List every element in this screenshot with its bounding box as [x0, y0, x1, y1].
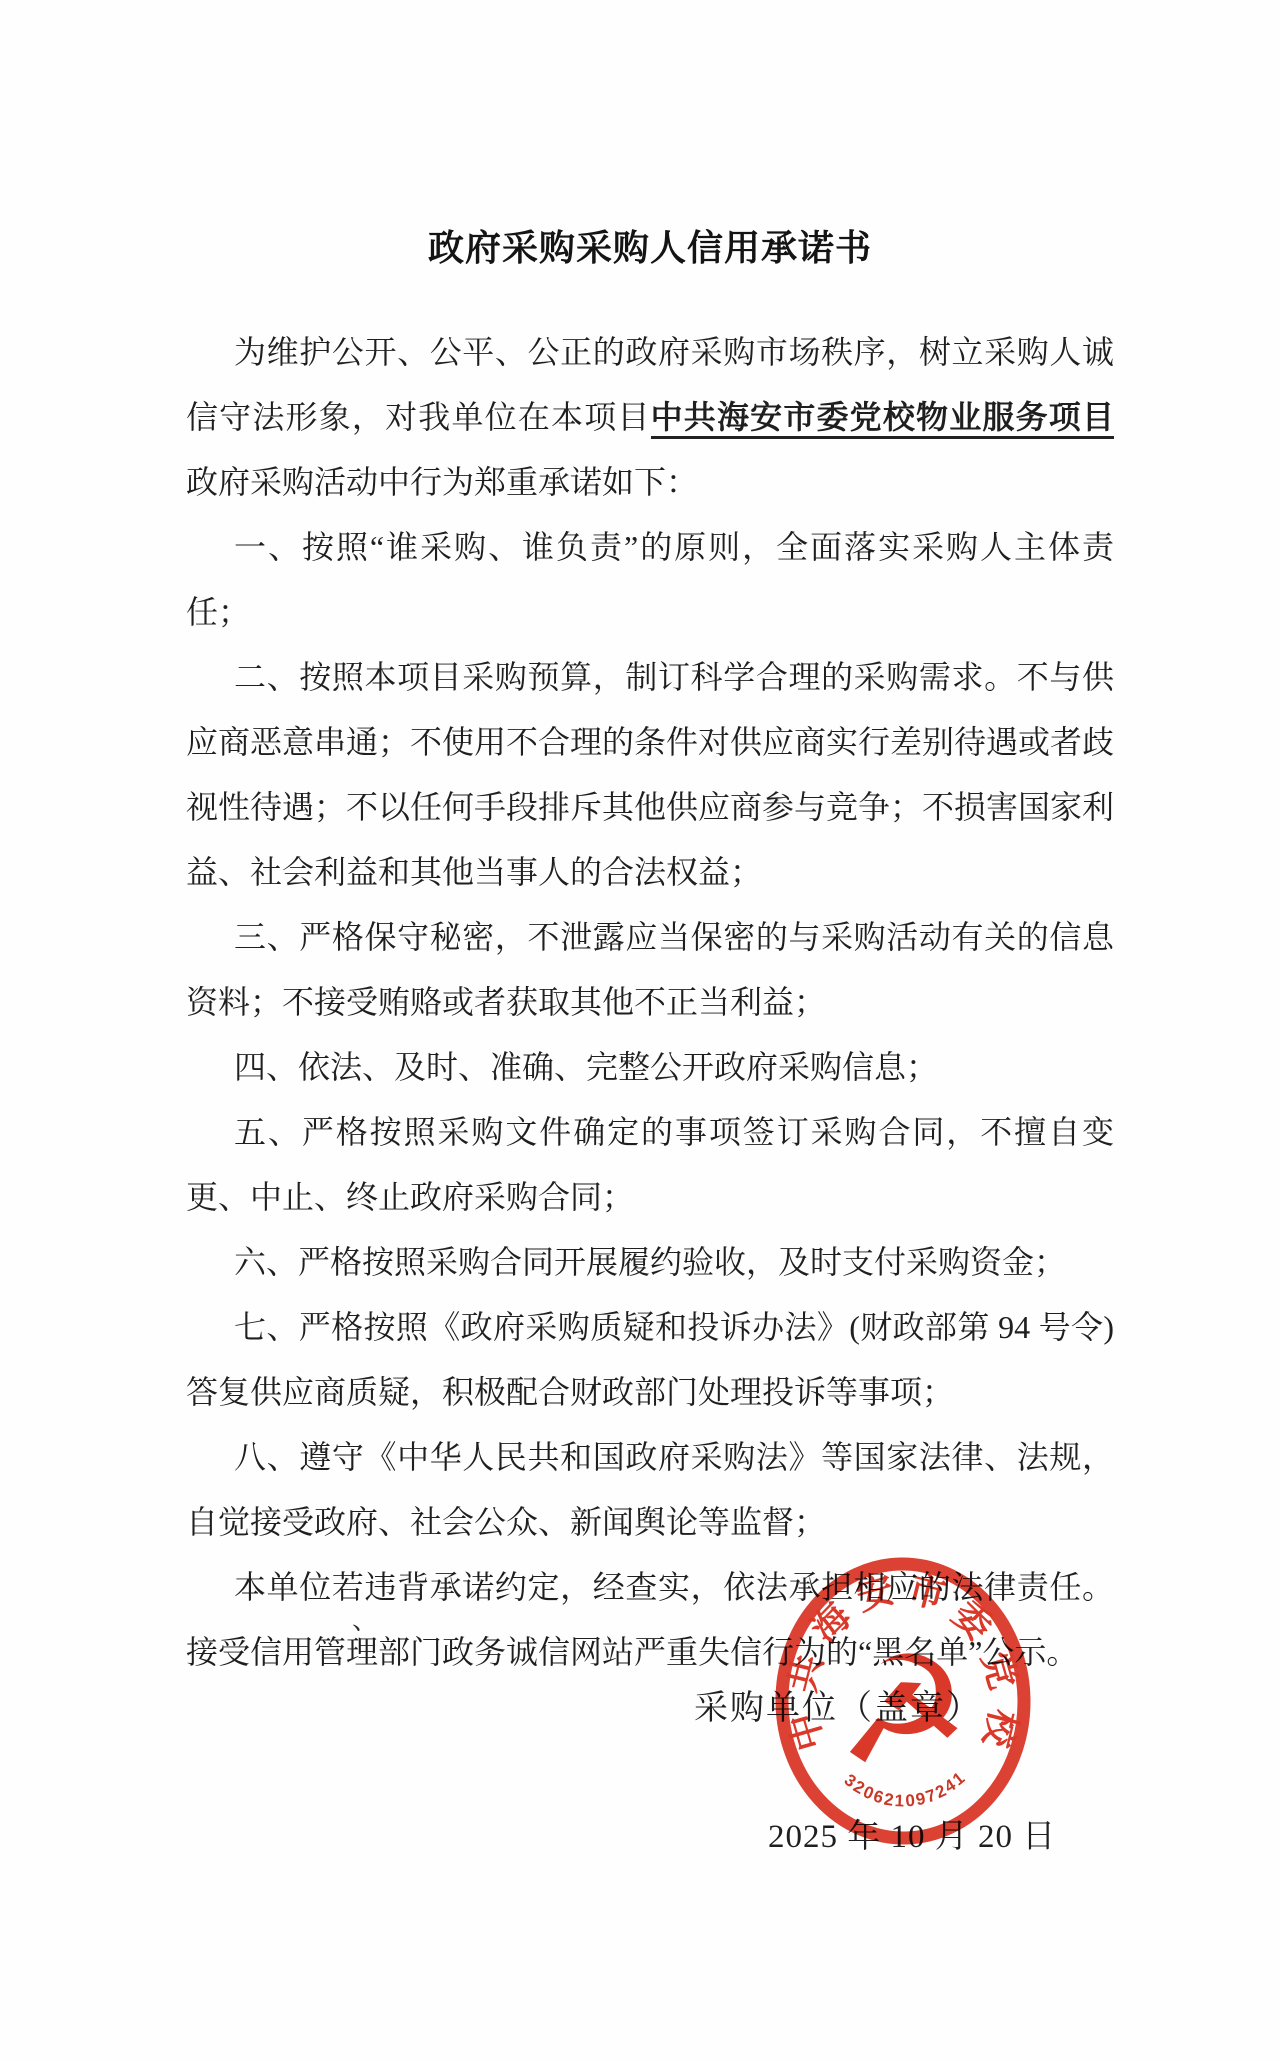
stamp-org-char: 党: [974, 1647, 1024, 1694]
commitment-item-8: 八、遵守《中华人民共和国政府采购法》等国家法律、法规，自觉接受政府、社会公众、新…: [186, 1425, 1114, 1555]
hammer-and-sickle-icon: ☭: [835, 1627, 971, 1794]
commitment-item-4: 四、依法、及时、准确、完整公开政府采购信息；: [186, 1035, 1114, 1100]
stamp-org-char: 市: [904, 1568, 950, 1617]
stamp-org-char: 安: [852, 1568, 899, 1618]
stray-pen-mark: 、: [352, 1600, 378, 1637]
official-stamp: 中 共 海 安 市 委 党 校 ☭ 3 2 0 6 2 1 0 9 7: [765, 1549, 1040, 1854]
stamp-org-char: 校: [975, 1705, 1024, 1752]
document-body: 为维护公开、公平、公正的政府采购市场秩序，树立采购人诚信守法形象，对我单位在本项…: [186, 320, 1114, 1685]
scanned-document-page: 政府采购采购人信用承诺书 为维护公开、公平、公正的政府采购市场秩序，树立采购人诚…: [0, 0, 1280, 2060]
stamp-serial-digit: 2: [883, 1790, 895, 1810]
intro-paragraph: 为维护公开、公平、公正的政府采购市场秩序，树立采购人诚信守法形象，对我单位在本项…: [186, 320, 1114, 515]
commitment-item-3: 三、严格保守秘密，不泄露应当保密的与采购活动有关的信息资料；不接受贿赂或者获取其…: [186, 905, 1114, 1035]
intro-suffix: 政府采购活动中行为郑重承诺如下：: [186, 464, 698, 500]
commitment-item-2: 二、按照本项目采购预算，制订科学合理的采购需求。不与供应商恶意串通；不使用不合理…: [186, 645, 1114, 905]
commitment-item-1: 一、按照“谁采购、谁负责”的原则，全面落实采购人主体责任；: [186, 515, 1114, 645]
project-name-underlined: 中共海安市委党校物业服务项目: [651, 399, 1114, 439]
stamp-serial-digit: 1: [894, 1791, 904, 1810]
commitment-item-5: 五、严格按照采购文件确定的事项签订采购合同，不擅自变更、中止、终止政府采购合同；: [186, 1100, 1114, 1230]
commitment-item-7: 七、严格按照《政府采购质疑和投诉办法》(财政部第 94 号令)答复供应商质疑，积…: [186, 1295, 1114, 1425]
stamp-org-char: 中: [782, 1708, 832, 1755]
commitment-item-6: 六、严格按照采购合同开展履约验收，及时支付采购资金；: [186, 1230, 1114, 1295]
document-title: 政府采购采购人信用承诺书: [186, 220, 1114, 271]
